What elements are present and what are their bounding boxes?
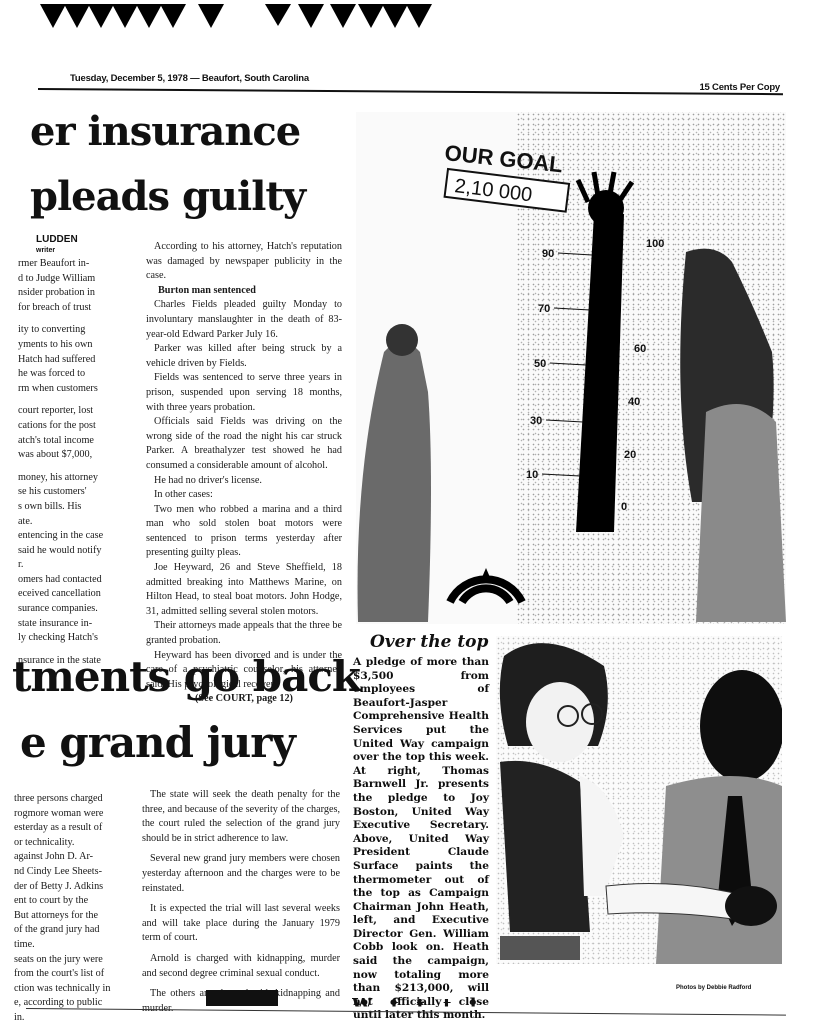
text-line: entencing in the case [18,529,110,544]
insurance-right-column: According to his attorney, Hatch's reput… [146,240,342,707]
svg-text:30: 30 [530,415,542,427]
text-line: cations for the post [18,419,110,434]
text-line: or technicality. [14,836,112,851]
text-line: atch's total income [18,434,110,449]
text-line: ly checking Hatch's [18,631,110,646]
bottom-black-bar [206,990,278,1006]
text-line: yments to his own [18,338,110,353]
paragraph: Parker was killed after being struck by … [146,342,342,371]
text-line: ity to converting [18,323,110,338]
text-line: omers had contacted [18,573,110,588]
text-line: said he would notify [18,544,110,559]
svg-text:60: 60 [634,343,646,355]
text-line: rmer Beaufort in- [18,257,110,272]
text-line: was about $7,000, [18,448,110,463]
svg-text:40: 40 [628,396,640,408]
thermometer-illustration: OUR GOAL 2,10 000 90 70 50 30 10 100 60 … [356,112,786,624]
text-line: ction was technically in [14,982,112,997]
text-line: state insurance in- [18,617,110,632]
text-line: rm when customers [18,382,110,397]
text-line: money, his attorney [18,471,110,486]
byline-role: writer [36,245,78,256]
paragraph: The state will seek the death penalty fo… [142,788,340,846]
headline-jury-line2: e grand jury [20,722,295,764]
svg-text:0: 0 [621,501,627,513]
photo-credit: Photos by Debbie Radford [676,985,751,991]
price-label: 15 Cents Per Copy [699,82,780,93]
text-line: s own bills. His [18,500,110,515]
paragraph: He had no driver's license. [146,474,342,489]
text-line: d to Judge William [18,272,110,287]
text-line: se his customers' [18,485,110,500]
paragraph: Two men who robbed a marina and a third … [146,503,342,561]
svg-text:90: 90 [542,248,554,260]
svg-text:50: 50 [534,358,546,370]
text-line: But attorneys for the [14,909,112,924]
photo-thermometer: OUR GOAL 2,10 000 90 70 50 30 10 100 60 … [356,112,786,624]
text-line: ent to court by the [14,894,112,909]
dateline: Tuesday, December 5, 1978 — Beaufort, So… [70,73,309,84]
text-line: he was forced to [18,367,110,382]
text-line: from the court's list of [14,967,112,982]
text-line: against John D. Ar- [14,850,112,865]
paragraph: Several new grand jury members were chos… [142,852,340,896]
text-line: seats on the jury were [14,953,112,968]
caption-text: A pledge of more than $3,500 from employ… [353,656,489,1023]
text-line: in. [14,1011,112,1026]
subheading: Burton man sentenced [146,284,342,299]
text-line: eceived cancellation [18,587,110,602]
caption-title: Over the top [370,632,488,652]
svg-text:20: 20 [624,449,636,461]
text-line: court reporter, lost [18,404,110,419]
text-line: nsider probation in [18,286,110,301]
text-line: r. [18,558,110,573]
headline-insurance-line2: pleads guilty [30,177,305,217]
text-line: esterday as a result of [14,821,112,836]
insurance-left-column: rmer Beaufort in- d to Judge William nsi… [18,257,110,668]
paragraph: Officials said Fields was driving on the… [146,415,342,473]
text-line: der of Betty J. Adkins [14,880,112,895]
photo-caption: A pledge of more than $3,500 from employ… [353,656,489,1023]
jury-right-column: The state will seek the death penalty fo… [142,788,340,1022]
pledge-photo-illustration [496,636,782,964]
svg-text:100: 100 [646,238,664,250]
text-line: three persons charged [14,792,112,807]
text-line: rogmore woman were [14,807,112,822]
paragraph: Fields was sentenced to serve three year… [146,371,342,415]
paragraph: It is expected the trial will last sever… [142,902,340,946]
text-line: for breach of trust [18,301,110,316]
header-rule [38,88,783,95]
text-line: time. [14,938,112,953]
svg-text:10: 10 [526,469,538,481]
text-line: surance companies. [18,602,110,617]
headline-jury-line1: tments go back [12,656,360,698]
masthead-fragment [40,4,560,34]
text-line: Hatch had suffered [18,353,110,368]
byline: LUDDEN writer [36,234,78,256]
paragraph: Joe Heyward, 26 and Steve Sheffield, 18 … [146,561,342,619]
svg-text:70: 70 [538,303,550,315]
text-line: of the grand jury had [14,923,112,938]
jury-left-column: three persons charged rogmore woman were… [14,792,112,1026]
text-line: ate. [18,515,110,530]
byline-name: LUDDEN [36,234,78,245]
headline-insurance-line1: er insurance [30,112,300,152]
paragraph: According to his attorney, Hatch's reput… [146,240,342,284]
paragraph: Arnold is charged with kidnapping, murde… [142,952,340,981]
photo-pledge [496,636,782,964]
paragraph: Charles Fields pleaded guilty Monday to … [146,298,342,342]
text-line: nd Cindy Lee Sheets- [14,865,112,880]
paragraph: Their attorneys made appeals that the th… [146,619,342,648]
paragraph: In other cases: [146,488,342,503]
